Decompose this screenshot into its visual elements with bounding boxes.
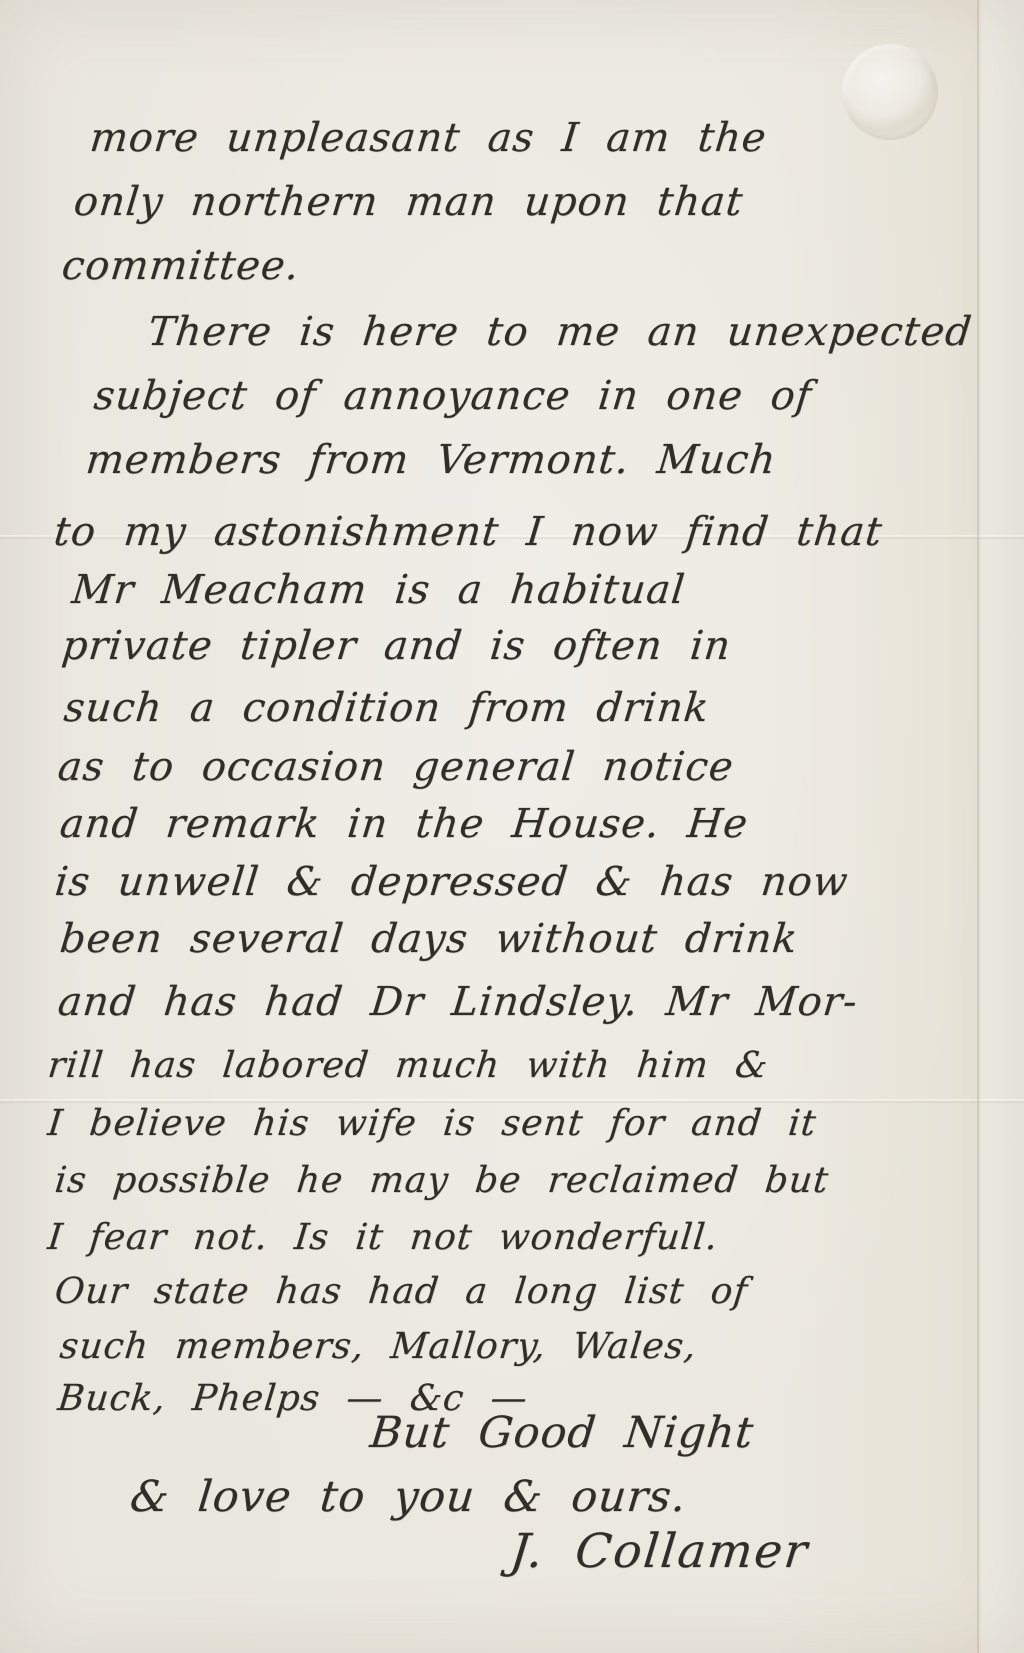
letter-line: There is here to me an unexpected: [146, 312, 974, 352]
letter-line: as to occasion general notice: [56, 747, 736, 787]
letter-line: been several days without drink: [58, 919, 800, 959]
letter-line: only northern man upon that: [72, 182, 745, 222]
letter-line: private tipler and is often in: [60, 626, 733, 666]
letter-line: and has had Dr Lindsley. Mr Mor-: [56, 982, 860, 1022]
letter-line: more unpleasant as I am the: [88, 118, 769, 158]
letter-line: such a condition from drink: [62, 688, 711, 728]
vertical-fold-line: [977, 0, 980, 1653]
letter-line: rill has labored much with him &: [46, 1048, 770, 1084]
letter-line: members from Vermont. Much: [84, 440, 778, 480]
letter-line: and remark in the House. He: [58, 804, 750, 844]
closing-good-night: But Good Night: [368, 1412, 756, 1455]
letter-line: Our state has had a long list of: [53, 1274, 750, 1310]
closing-love: & love to you & ours.: [128, 1476, 689, 1519]
signature: J. Collamer: [508, 1528, 811, 1575]
letter-line: committee.: [60, 246, 302, 286]
embossed-seal: [842, 44, 938, 140]
letter-line: I believe his wife is sent for and it: [46, 1106, 818, 1142]
letter-line: is unwell & depressed & has now: [53, 862, 850, 902]
letter-line: such members, Mallory, Wales,: [58, 1329, 698, 1365]
letter-line: I fear not. Is it not wonderfull.: [46, 1220, 720, 1256]
letter-line: Mr Meacham is a habitual: [70, 570, 687, 610]
letter-page: more unpleasant as I am the only norther…: [0, 0, 1024, 1653]
letter-line: to my astonishment I now find that: [52, 512, 885, 552]
letter-line: is possible he may be reclaimed but: [53, 1163, 831, 1199]
letter-line: subject of annoyance in one of: [92, 376, 814, 416]
